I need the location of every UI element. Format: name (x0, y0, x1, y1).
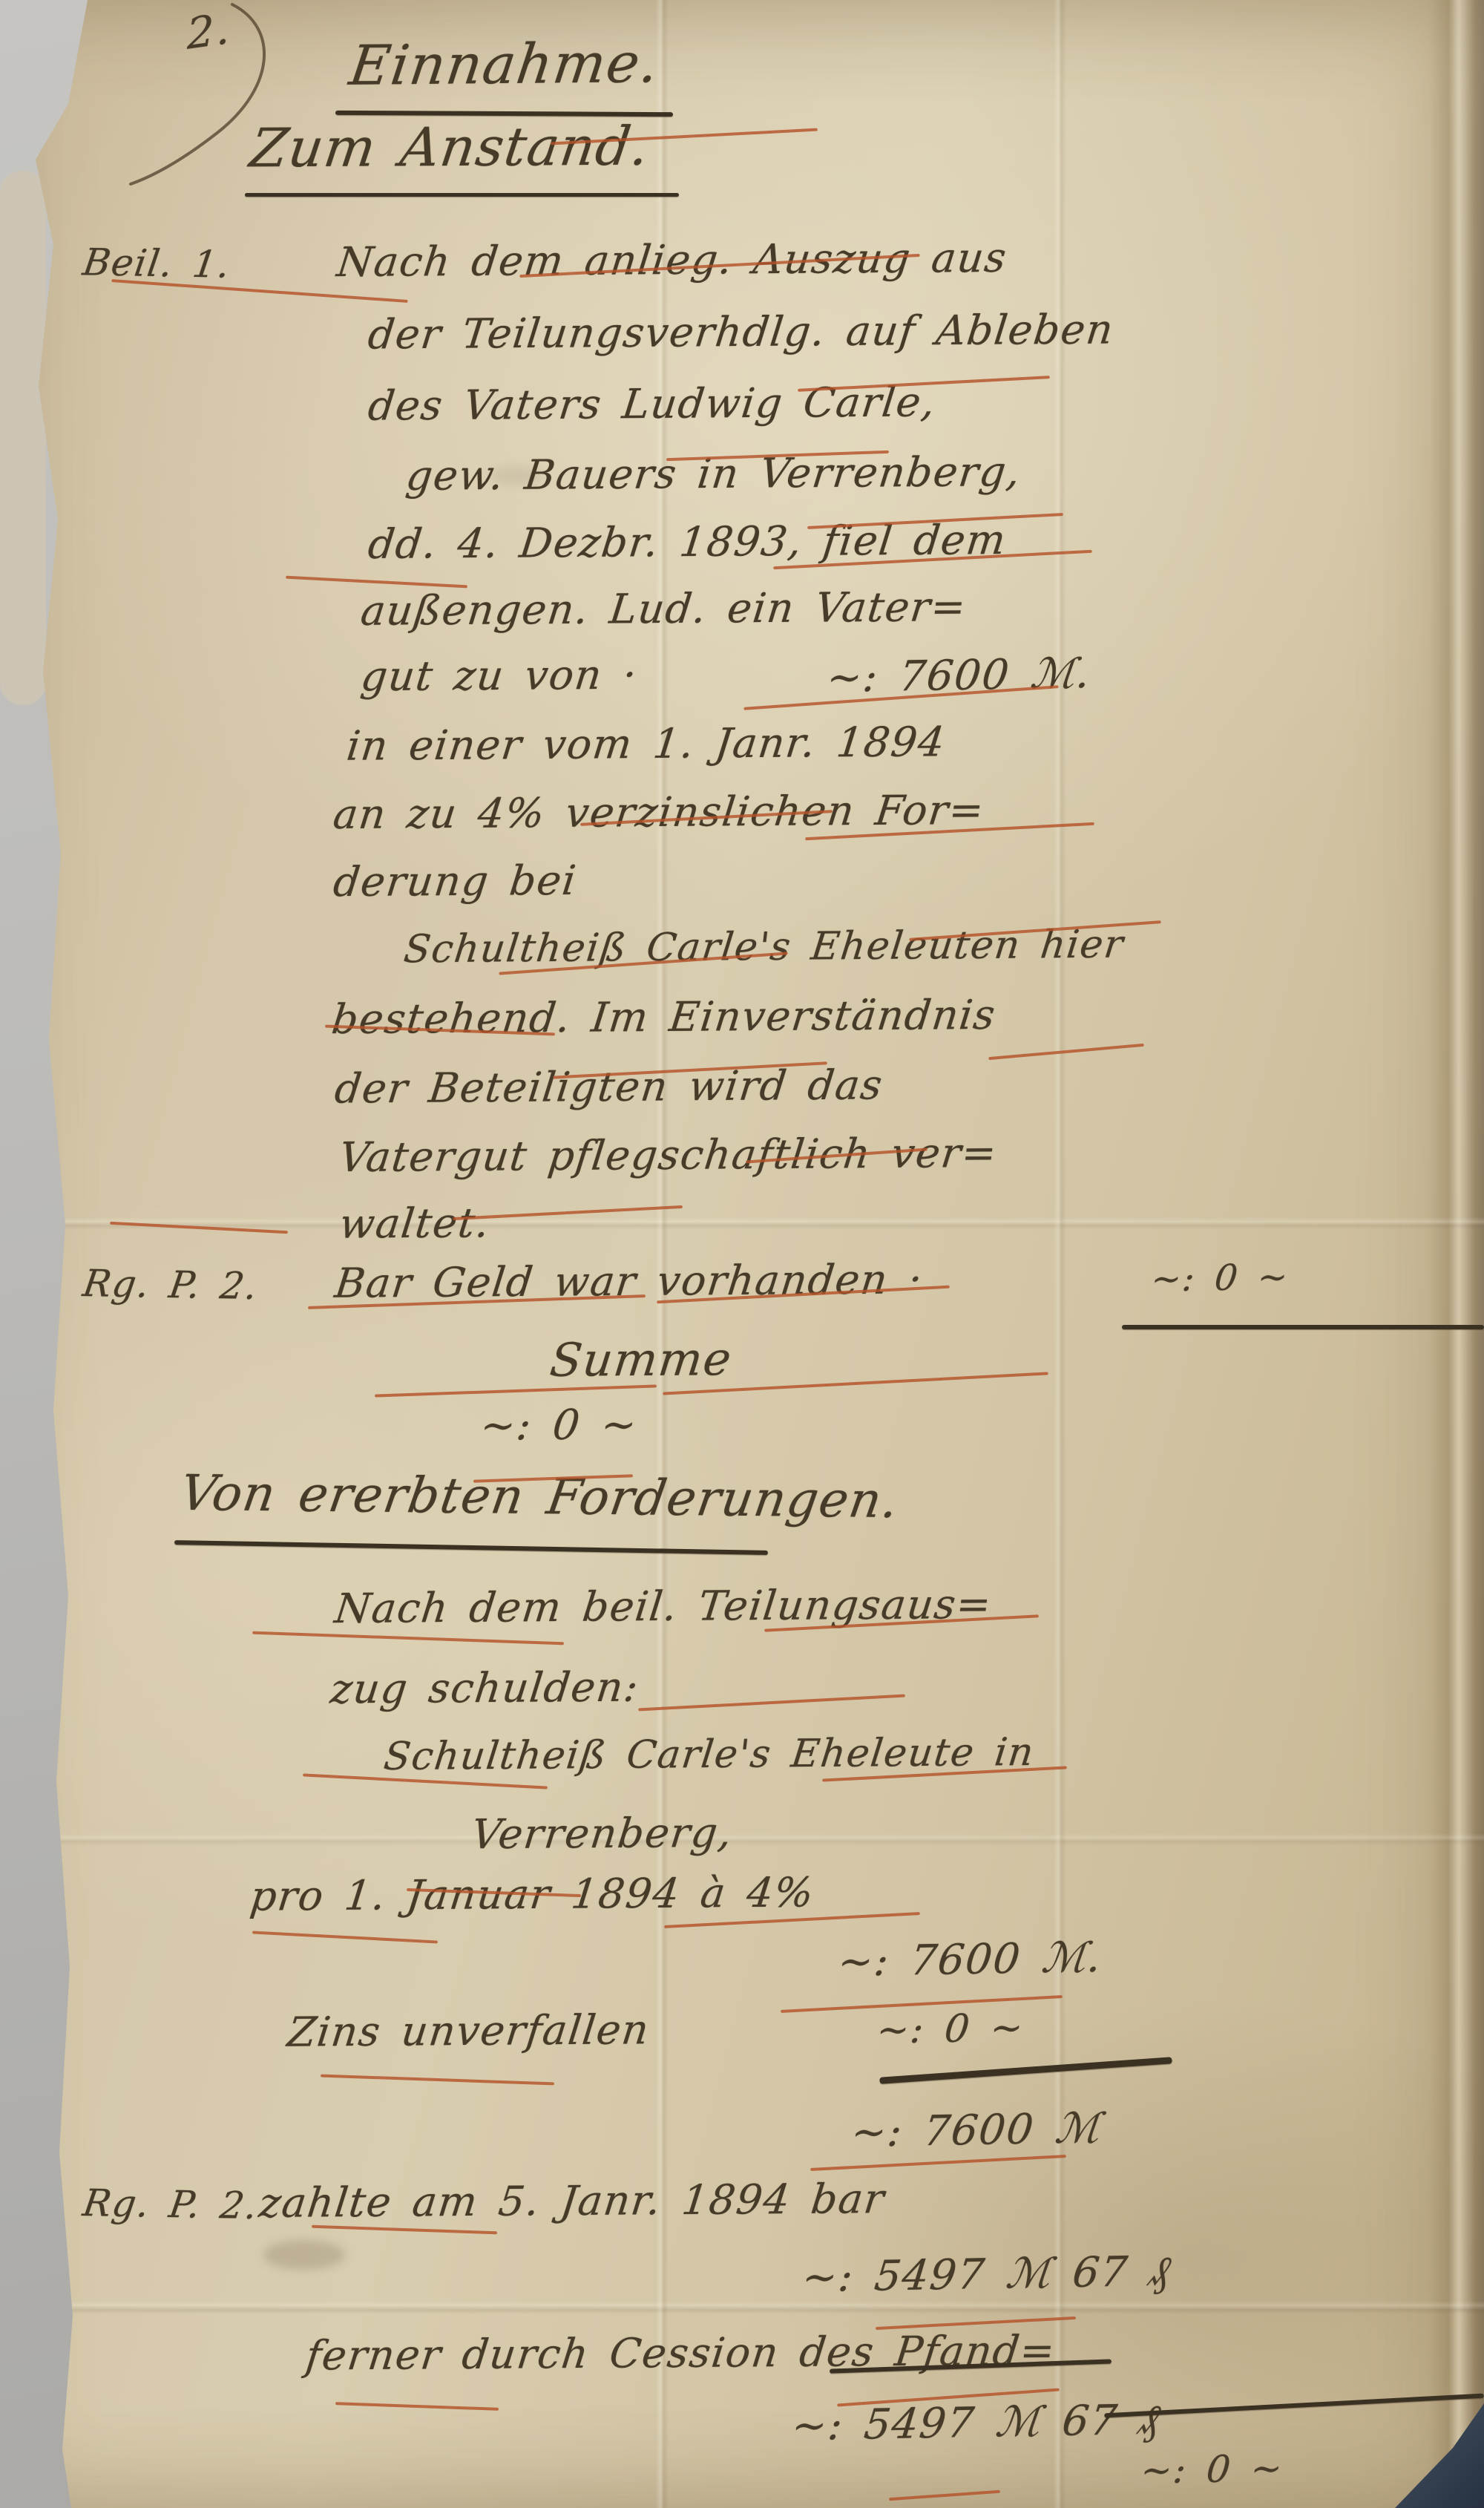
handwritten-line: derung bei (331, 857, 580, 906)
handwritten-line: der Teilungsverhdlg. auf Ableben (366, 305, 1117, 358)
red-underline-stroke (335, 2402, 499, 2411)
red-underline-stroke (810, 2155, 1066, 2171)
underlying-page-edge (0, 171, 46, 705)
handwritten-line: zahlte am 5. Janr. 1894 bar (257, 2175, 887, 2227)
handwritten-line: ferner durch Cession des Pfand= (303, 2326, 1058, 2379)
handwritten-line: gut zu von · (358, 651, 640, 701)
ink-rule (1122, 1325, 1484, 1329)
doc-title: Einnahme. (346, 31, 663, 98)
red-underline-stroke (321, 2075, 554, 2086)
section-title-inherited-claims: Von ererbten Forderungen. (177, 1464, 903, 1529)
doc-subtitle: Zum Anstand. (246, 115, 654, 180)
handwritten-line: in einer vom 1. Janr. 1894 (344, 718, 948, 770)
handwritten-line: Verrenberg, (469, 1809, 735, 1858)
handwritten-line: außengen. Lud. ein Vater= (358, 583, 969, 635)
handwritten-line: ~: 0 ~ (478, 1401, 640, 1450)
amount-value: ~: 0 ~ (875, 2006, 1027, 2052)
handwritten-line: waltet. (337, 1199, 493, 1247)
red-underline-stroke (312, 2225, 497, 2235)
red-underline-stroke (889, 2490, 1000, 2501)
red-underline-stroke (252, 1931, 438, 1943)
handwritten-line: Bar Geld war vorhanden · (332, 1255, 926, 1307)
handwritten-line: Summe (548, 1332, 735, 1387)
handwritten-line: Schultheiß Carle's Eheleute in (381, 1730, 1037, 1779)
page-number: 2. (186, 3, 231, 59)
paper-stain (490, 466, 542, 485)
handwritten-line: an zu 4% verzinslichen For= (331, 786, 988, 838)
margin-label: Rg. P. 2. (80, 2181, 261, 2227)
ink-smudge (263, 2240, 345, 2270)
amount-value: ~: 5497 ℳ 67 ₰ (800, 2247, 1173, 2302)
amount-value: ~: 0 ~ (1139, 2446, 1286, 2492)
ink-rule (174, 1540, 768, 1555)
handwritten-line: Zins unverfallen (285, 2006, 652, 2055)
red-underline-stroke (988, 1044, 1144, 1060)
amount-value: ~: 7600 ℳ (849, 2104, 1103, 2157)
paper-creases-overlay (0, 0, 1484, 2508)
red-underline-stroke (252, 1631, 564, 1646)
document-page: 2. Einnahme. Zum Anstand. Von ererbten F… (0, 0, 1484, 2508)
margin-label: Beil. 1. (80, 240, 233, 286)
margin-label: Rg. P. 2. (80, 1262, 261, 1308)
amount-value: ~: 0 ~ (1149, 1256, 1291, 1300)
handwritten-line: Vatergut pflegschaftlich ver= (337, 1129, 1000, 1181)
handwritten-line: Nach dem anlieg. Auszug aus (335, 234, 1010, 286)
handwritten-line: der Beteiligten wird das (332, 1061, 886, 1112)
amount-value: ~: 7600 ℳ. (835, 1934, 1104, 1986)
photographed-document-scene: 2. Einnahme. Zum Anstand. Von ererbten F… (0, 0, 1484, 2508)
handwritten-line: bestehend. Im Einverständnis (329, 991, 999, 1043)
red-underline-stroke (375, 1384, 657, 1397)
handwritten-line: zug schulden: (328, 1663, 642, 1713)
red-underline-stroke (110, 1222, 288, 1234)
red-underline-stroke (638, 1695, 905, 1712)
ink-rule (879, 2057, 1172, 2084)
ink-rule (245, 193, 679, 197)
